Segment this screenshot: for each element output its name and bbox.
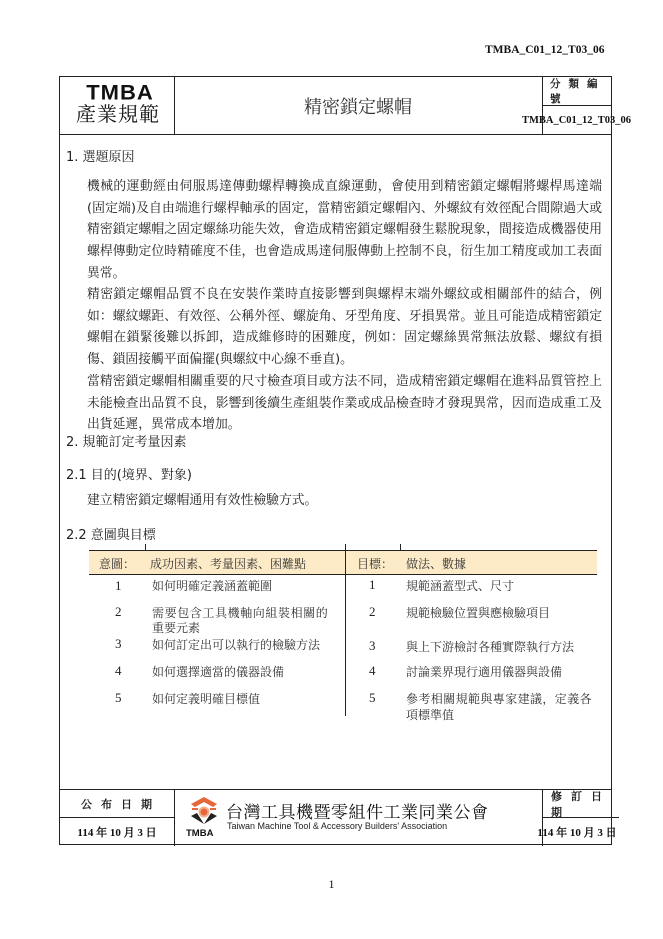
document-title: 精密鎖定螺帽 [174,77,543,134]
revision-date-label: 修訂日期 [543,790,619,818]
intent-number: 4 [115,663,122,679]
section-2-heading: 2. 規範訂定考量因素 [66,431,187,450]
section-2-2-heading: 2.2 意圖與目標 [66,524,156,543]
goal-number: 4 [369,663,376,679]
document-code-top: TMBA_C01_12_T03_06 [485,44,604,56]
goal-number: 1 [369,577,376,593]
association-logo-text: TMBA [186,828,213,839]
section-1-paragraph-3: 當精密鎖定螺帽相關重要的尺寸檢查項目或方法不同，造成精密鎖定螺帽在進料品質管控上… [87,371,602,436]
association-name-zh: 台灣工具機暨零組件工業同業公會 [226,798,489,823]
association-banner: TMBA 台灣工具機暨零組件工業同業公會 Taiwan Machine Tool… [174,790,542,846]
publish-date-label: 公布日期 [60,790,174,818]
tmba-standard-logo: TMBA 產業規範 [60,77,175,134]
classification-code-cell: 分類編號 TMBA_C01_12_T03_06 [542,77,611,134]
goal-label: 目標： [357,555,393,572]
intent-text: 如何定義明確目標值 [152,690,260,707]
page-number: 1 [0,877,663,892]
goal-text: 與上下游檢討各種實際執行方法 [406,638,574,655]
association-name-en: Taiwan Machine Tool & Accessory Builders… [227,821,447,831]
publish-date-cell: 公布日期 114 年 10 月 3 日 [60,790,175,846]
table-divider-tick [400,544,401,550]
document-frame: TMBA 產業規範 精密鎖定螺帽 分類編號 TMBA_C01_12_T03_06… [59,76,612,845]
logo-text-zh: 產業規範 [64,102,172,126]
intent-text: 如何訂定出可以執行的檢驗方法 [152,636,320,653]
revision-date-value: 114 年 10 月 3 日 [543,818,611,846]
section-1-paragraph-1: 機械的運動經由伺服馬達傳動螺桿轉換成直線運動，會使用到精密鎖定螺帽將螺桿馬達端(… [87,176,602,285]
goal-text: 參考相關規範與專家建議，定義各 [406,690,592,707]
intent-text-continued: 重要元素 [152,619,200,636]
logo-text-en: TMBA [70,83,170,104]
goal-text-continued: 項標準值 [406,706,454,723]
document-footer: 公布日期 114 年 10 月 3 日 TMBA 台灣工具機暨零組件工業同業公會… [60,789,611,846]
classification-label: 分類編號 [542,77,611,106]
intent-number: 1 [115,578,122,594]
goal-number: 2 [369,604,376,620]
table-header-row: 意圖： 成功因素、考量因素、困難點 目標： 做法、數據 [89,551,597,575]
goal-text: 規範檢驗位置與應檢驗項目 [406,604,550,621]
section-2-1-text: 建立精密鎖定螺帽通用有效性檢驗方式。 [87,490,602,512]
document-header: TMBA 產業規範 精密鎖定螺帽 分類編號 TMBA_C01_12_T03_06 [60,77,611,135]
table-center-divider [345,544,346,716]
goal-desc-header: 做法、數據 [406,555,466,572]
revision-date-cell: 修訂日期 114 年 10 月 3 日 [542,790,612,846]
intent-number: 5 [115,690,122,706]
intent-number: 3 [115,636,122,652]
intent-desc-header: 成功因素、考量因素、困難點 [150,555,306,572]
goal-number: 5 [369,690,376,706]
intent-text: 如何選擇適當的儀器設備 [152,663,284,680]
section-2-1-heading: 2.1 目的(境界、對象) [66,464,192,483]
goal-text: 規範涵蓋型式、尺寸 [406,577,514,594]
tmba-association-logo-icon [188,796,220,828]
section-1-heading: 1. 選題原因 [66,146,135,165]
table-divider-tick [145,544,146,550]
publish-date-value: 114 年 10 月 3 日 [60,818,174,846]
goal-number: 3 [369,638,376,654]
section-1-paragraph-2: 精密鎖定螺帽品質不良在安裝作業時直接影響到與螺桿末端外螺紋或相關部件的結合，例如… [87,284,602,371]
intent-text: 如何明確定義涵蓋範圍 [152,577,272,594]
classification-value: TMBA_C01_12_T03_06 [542,106,611,134]
goal-text: 討論業界現行適用儀器與設備 [406,663,562,680]
intent-number: 2 [115,604,122,620]
intent-label: 意圖： [99,555,135,572]
